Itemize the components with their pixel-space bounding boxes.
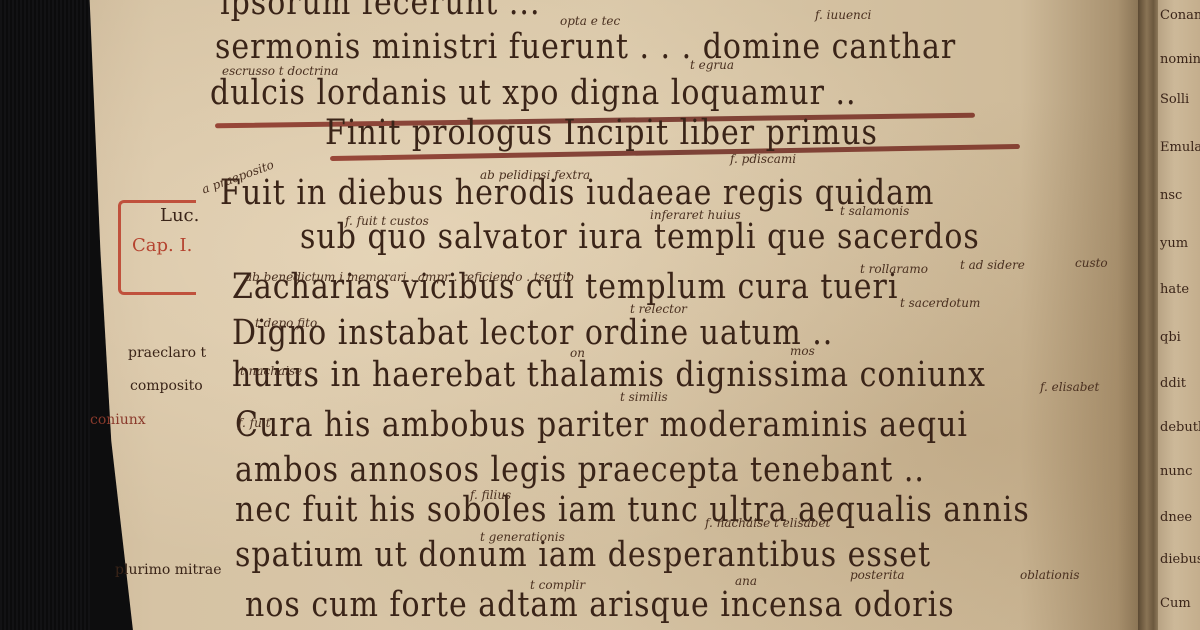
facing-text: Emula: [1160, 140, 1200, 155]
text-line-1: sermonis ministri fuerunt . . . domine c…: [215, 27, 956, 67]
manuscript-photo: Luc. Cap. I. praeclaro t composito coniu…: [0, 0, 1200, 630]
facing-text: Solli: [1160, 92, 1189, 107]
gloss: f. elisabet: [1040, 380, 1099, 394]
black-cloth-backdrop: [0, 0, 90, 630]
book-gutter: [1138, 0, 1160, 630]
margin-note-1: praeclaro t: [128, 345, 206, 361]
margin-note-3: coniunx: [90, 412, 146, 428]
text-line-13: nos cum forte adtam arisque incensa odor…: [245, 585, 955, 625]
facing-text: yum: [1160, 236, 1188, 251]
text-line-2: dulcis lordanis ut xpo digna loquamur ..: [210, 73, 857, 113]
gloss: ana: [735, 574, 757, 588]
gloss: t complir: [530, 578, 585, 592]
text-line-8: huius in haerebat thalamis dignissima co…: [232, 355, 986, 395]
gloss: t sacerdotum: [900, 296, 980, 310]
gloss: t relector: [630, 302, 687, 316]
margin-note-luc: Luc.: [160, 205, 199, 226]
text-line-9: Cura his ambobus pariter moderaminis aeq…: [235, 405, 968, 445]
facing-text: Conamp: [1160, 8, 1200, 23]
gloss: oblationis: [1020, 568, 1080, 582]
facing-text: nsc: [1160, 188, 1182, 203]
margin-note-2: composito: [130, 378, 203, 394]
gloss: t egrua: [690, 58, 734, 72]
facing-text: debuth: [1160, 420, 1200, 435]
gloss: on: [570, 346, 585, 360]
gloss: f. filius: [470, 488, 511, 502]
gloss: inferaret huius: [650, 208, 741, 222]
text-line-3: Finit prologus Incipit liber primus: [325, 113, 878, 153]
gloss: t rollaramo: [860, 262, 928, 276]
text-line-12: spatium ut donum iam desperantibus esset: [235, 535, 931, 575]
gloss: t depo fito: [255, 316, 317, 330]
gloss: t salamonis: [840, 204, 909, 218]
gloss: f. fuit: [238, 416, 270, 430]
text-line-7: Digno instabat lector ordine uatum ..: [232, 313, 833, 353]
facing-text: ddit: [1160, 376, 1186, 391]
gloss: t generationis: [480, 530, 565, 544]
gloss: t nachaise: [240, 364, 302, 378]
text-line-11: nec fuit his soboles iam tunc ultra aequ…: [235, 490, 1030, 530]
facing-text: dnee: [1160, 510, 1192, 525]
text-line-10: ambos annosos legis praecepta tenebant .…: [235, 450, 925, 490]
facing-text: nunc: [1160, 464, 1192, 479]
facing-text: nomint: [1160, 52, 1200, 67]
facing-text: Cum: [1160, 596, 1191, 611]
gloss: opta e tec: [560, 14, 620, 28]
facing-text: hate: [1160, 282, 1189, 297]
margin-note-cap: Cap. I.: [132, 235, 192, 256]
margin-note-4: plurimo mitrae: [115, 562, 221, 578]
gloss: f. fuit t custos: [345, 214, 429, 228]
gloss: t ad sidere: [960, 258, 1025, 272]
gloss: f. iuuenci: [815, 8, 871, 22]
gloss: f. pdiscami: [730, 152, 796, 166]
gloss: custo: [1075, 256, 1108, 270]
gloss: ab benedictum i memorari . ampr . refici…: [245, 270, 574, 284]
gloss: ab pelidipsi fextra: [480, 168, 590, 182]
gloss: t similis: [620, 390, 668, 404]
gloss: mos: [790, 344, 815, 358]
text-line-0: ipsorum fecerunt ...: [220, 0, 541, 23]
facing-text: qbi: [1160, 330, 1181, 345]
facing-text: diebus: [1160, 552, 1200, 567]
gloss: posterita: [850, 568, 905, 582]
gloss: f. nachaise t elisabet: [705, 516, 830, 530]
gloss: escrusso t doctrina: [222, 64, 338, 78]
